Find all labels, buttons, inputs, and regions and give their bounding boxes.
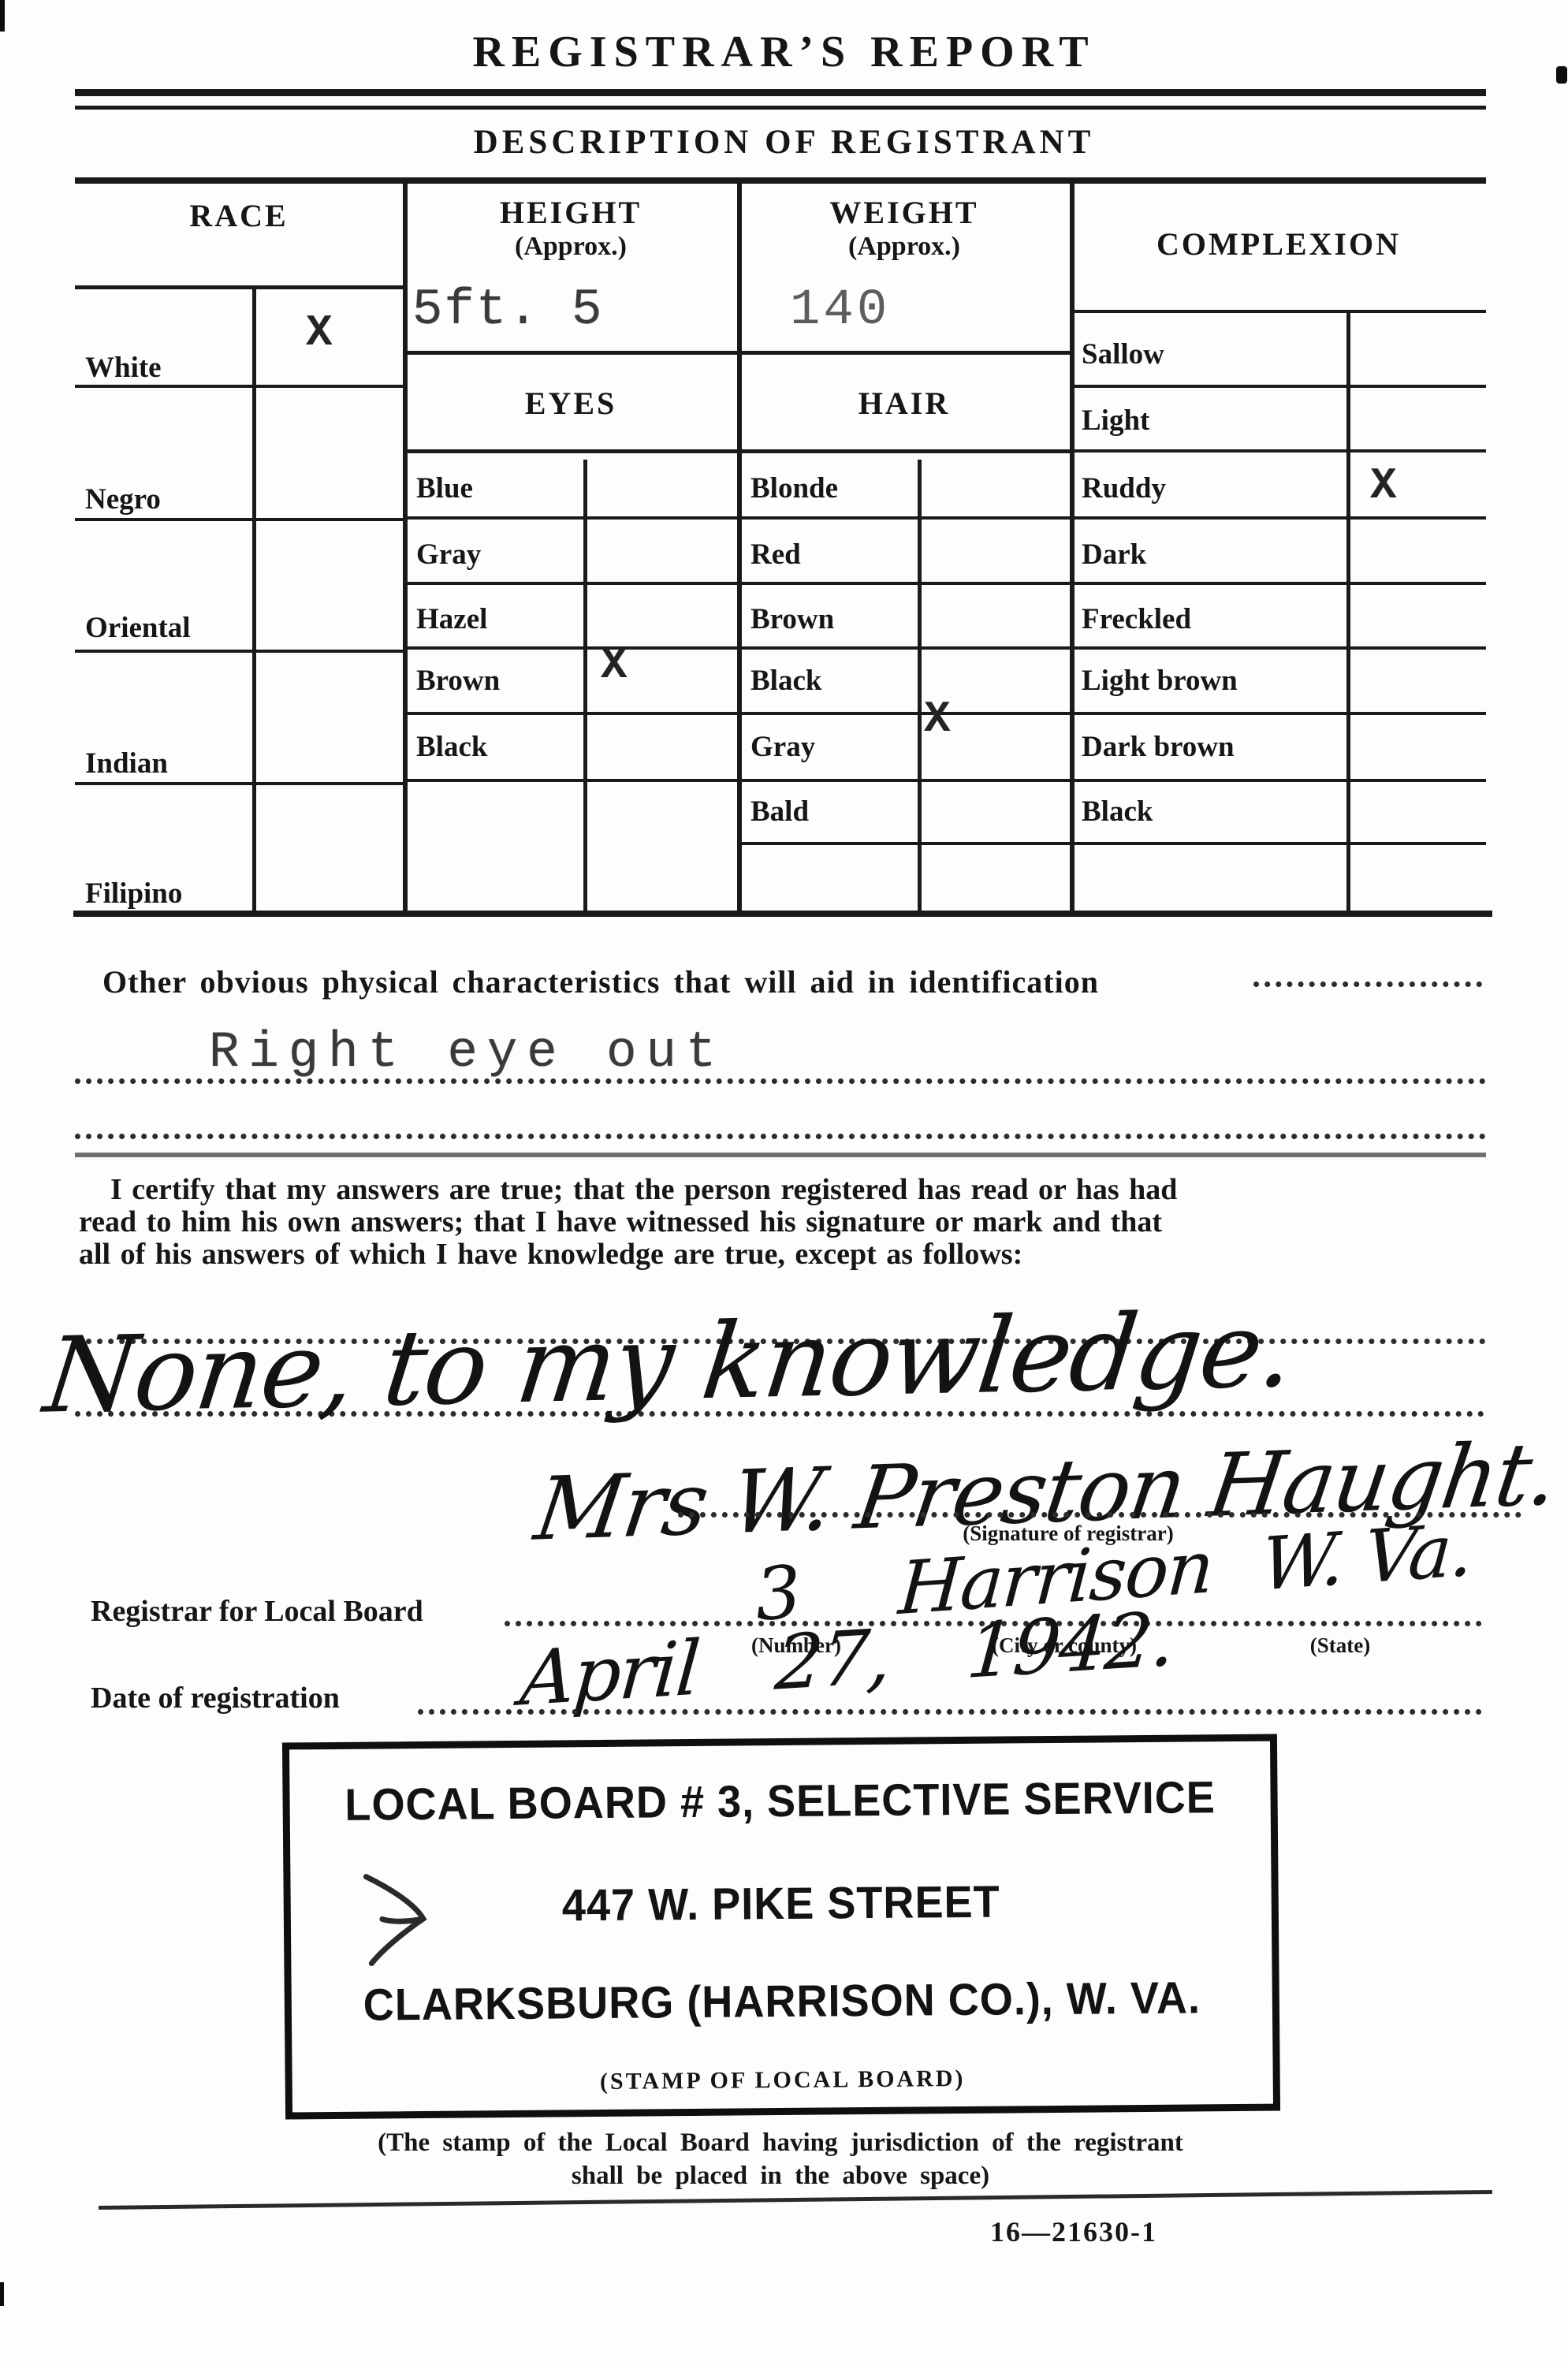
other-characteristics-ruled-line	[75, 1078, 1486, 1084]
date-value-handwritten: April 27, 1942.	[517, 1596, 1176, 1723]
eyes-option-gray: Gray	[416, 538, 481, 572]
section-separator-smear	[75, 1153, 1486, 1157]
page-title: REGISTRAR’S REPORT	[0, 27, 1568, 77]
height-approx-label: (Approx.)	[404, 232, 737, 262]
col-divider-2	[737, 184, 742, 914]
hair-row-rule-2	[739, 582, 1070, 585]
race-header: RACE	[75, 197, 403, 234]
complexion-option-black: Black	[1082, 795, 1153, 829]
section-separator-dotted	[75, 1134, 1486, 1139]
complexion-option-light: Light	[1082, 404, 1149, 438]
eyes-mark-divider	[583, 460, 587, 913]
complexion-option-dark: Dark	[1082, 538, 1146, 572]
hair-option-brown: Brown	[750, 602, 834, 636]
complexion-row-rule-1	[1071, 385, 1486, 388]
complexion-option-ruddy: Ruddy	[1082, 471, 1166, 505]
hair-row-rule-3	[739, 646, 1070, 650]
race-option-white: White	[85, 351, 162, 385]
certification-line-3: all of his answers of which I have knowl…	[79, 1237, 1022, 1272]
weight-header: WEIGHT	[739, 194, 1070, 231]
complexion-row-rule-8	[1071, 842, 1486, 845]
certification-line-1: I certify that my answers are true; that…	[110, 1172, 1177, 1207]
race-row-rule-4	[75, 782, 403, 785]
race-row-rule-1	[75, 385, 403, 388]
complexion-row-rule-4	[1071, 582, 1486, 585]
complexion-option-sallow: Sallow	[1082, 337, 1164, 371]
scan-speck-top-left	[0, 0, 5, 32]
complexion-row-rule-5	[1071, 646, 1486, 650]
table-bottom-rule	[73, 911, 1492, 917]
form-number: 16—21630-1	[990, 2215, 1157, 2248]
registrars-report-document: REGISTRAR’S REPORT DESCRIPTION OF REGIST…	[0, 0, 1568, 2365]
stamp-caption: (STAMP OF LOCAL BOARD)	[292, 2063, 1273, 2099]
stamp-line-2: 447 W. PIKE STREET	[315, 1874, 1247, 1934]
hair-mark-gray: X	[924, 694, 951, 744]
complexion-row-rule-2	[1071, 449, 1486, 453]
hair-option-red: Red	[750, 538, 801, 572]
certification-line-2: read to him his own answers; that I have…	[79, 1205, 1162, 1239]
board-state-handwritten: W. Va.	[1259, 1507, 1475, 1607]
eyes-row-rule-4	[404, 712, 737, 715]
complexion-row-rule-3	[1071, 516, 1486, 520]
other-characteristics-trailing-dots	[1253, 981, 1482, 987]
hair-header: HAIR	[739, 385, 1070, 422]
hair-row-rule-6	[739, 842, 1070, 845]
race-option-indian: Indian	[85, 747, 168, 780]
eyes-mark-brown: X	[601, 640, 628, 691]
complexion-top-rule	[1071, 310, 1486, 313]
date-label: Date of registration	[91, 1681, 340, 1715]
other-characteristics-value: Right eye out	[209, 1025, 725, 1082]
eyes-row-rule-1	[404, 516, 737, 520]
table-top-rule	[75, 177, 1486, 184]
race-header-rule	[75, 285, 403, 289]
eyes-row-rule-5	[404, 779, 737, 782]
section-title: DESCRIPTION OF REGISTRANT	[0, 123, 1568, 162]
race-option-filipino: Filipino	[85, 877, 182, 911]
eyes-option-hazel: Hazel	[416, 602, 487, 636]
hair-option-black: Black	[750, 664, 821, 698]
title-rule-top	[75, 89, 1486, 96]
board-label: Registrar for Local Board	[91, 1594, 423, 1629]
scan-speck-right-edge	[1556, 66, 1567, 84]
race-option-negro: Negro	[85, 482, 161, 516]
height-value: 5ft. 5	[412, 282, 603, 339]
complexion-mark-ruddy: X	[1370, 460, 1397, 511]
hair-row-rule-1	[739, 516, 1070, 520]
race-mark-divider	[252, 285, 256, 913]
complexion-header: COMPLEXION	[1071, 225, 1486, 263]
stamp-box: LOCAL BOARD # 3, SELECTIVE SERVICE 447 W…	[282, 1734, 1280, 2120]
race-row-rule-2	[75, 518, 403, 521]
height-header: HEIGHT	[404, 194, 737, 231]
eyes-row-rule-3	[404, 646, 737, 650]
weight-value: 140	[790, 282, 890, 339]
race-mark-white: X	[306, 307, 333, 358]
stamp-line-3: CLARKSBURG (HARRISON CO.), W. VA.	[316, 1972, 1248, 2032]
board-state-caption: (State)	[1253, 1633, 1427, 1658]
hair-row-rule-5	[739, 779, 1070, 782]
eyes-row-rule-2	[404, 582, 737, 585]
complexion-row-rule-6	[1071, 712, 1486, 715]
bottom-rule	[99, 2190, 1492, 2210]
stamp-note-line-2: shall be placed in the above space)	[189, 2162, 1372, 2191]
eyes-hair-header-rule	[404, 449, 1071, 453]
weight-approx-label: (Approx.)	[739, 232, 1070, 262]
col-divider-3	[1070, 184, 1075, 914]
eyes-header: EYES	[404, 385, 737, 422]
eyes-option-black: Black	[416, 730, 487, 764]
hair-option-blonde: Blonde	[750, 471, 838, 505]
date-ruled-line	[418, 1709, 1482, 1715]
hair-option-gray: Gray	[750, 730, 815, 764]
complexion-option-light-brown: Light brown	[1082, 664, 1238, 698]
complexion-option-dark-brown: Dark brown	[1082, 730, 1235, 764]
race-row-rule-3	[75, 650, 403, 653]
stamp-note-line-1: (The stamp of the Local Board having jur…	[189, 2128, 1372, 2158]
eyes-option-brown: Brown	[416, 664, 500, 698]
complexion-mark-divider	[1346, 313, 1350, 913]
hair-row-rule-4	[739, 712, 1070, 715]
eyes-option-blue: Blue	[416, 471, 473, 505]
col-divider-1	[403, 184, 408, 914]
complexion-option-freckled: Freckled	[1082, 602, 1191, 636]
stamp-line-1: LOCAL BOARD # 3, SELECTIVE SERVICE	[314, 1771, 1246, 1831]
title-rule-bottom	[75, 106, 1486, 110]
hair-option-bald: Bald	[750, 795, 809, 829]
race-option-oriental: Oriental	[85, 611, 191, 645]
complexion-row-rule-7	[1071, 779, 1486, 782]
scan-speck-bottom-left	[0, 2282, 4, 2306]
other-characteristics-label: Other obvious physical characteristics t…	[102, 963, 1099, 1000]
value-underline	[404, 351, 1071, 355]
